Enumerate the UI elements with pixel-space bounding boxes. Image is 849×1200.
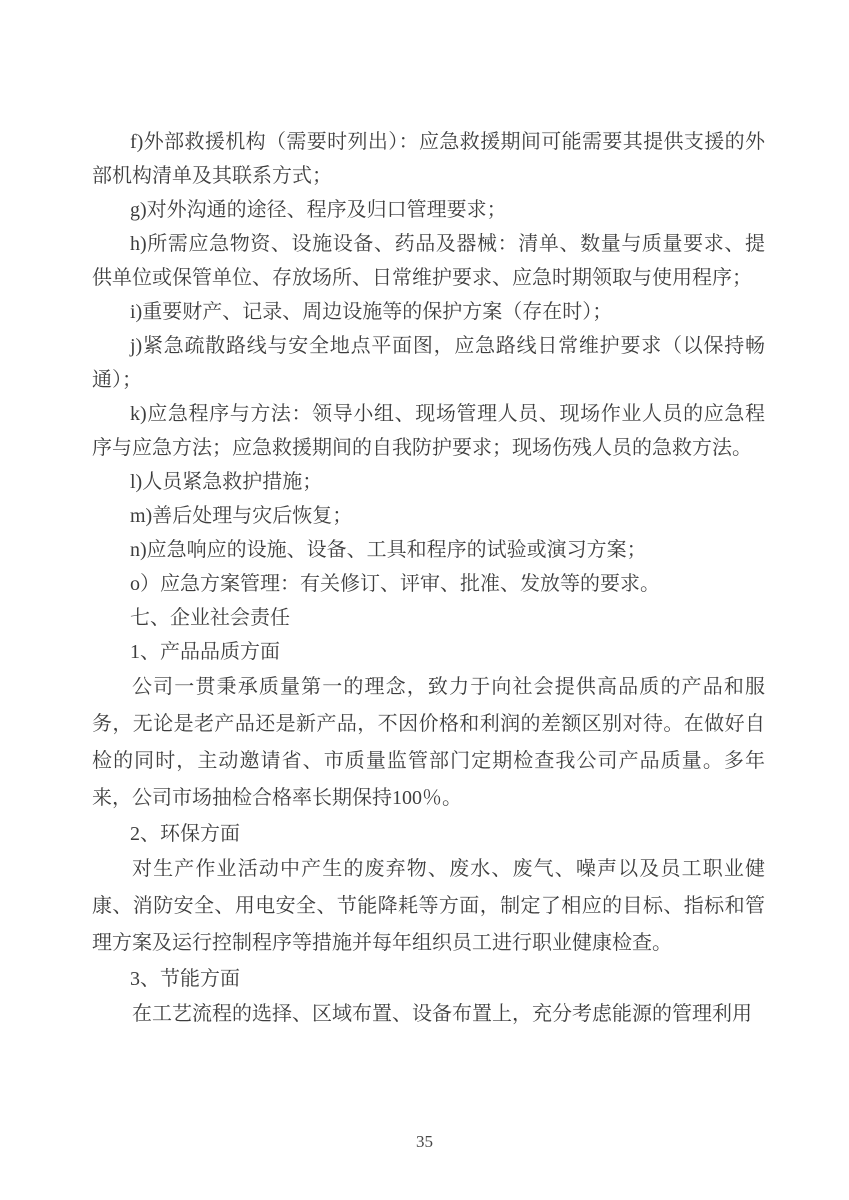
subsection-heading-energy-saving: 3、节能方面 — [92, 962, 765, 996]
list-item-j: j)紧急疏散路线与安全地点平面图，应急路线日常维护要求（以保持畅通）； — [92, 329, 765, 397]
page-content: f)外部救援机构（需要时列出）：应急救援期间可能需要其提供支援的外部机构清单及其… — [92, 125, 765, 1033]
subsection-heading-environment: 2、环保方面 — [92, 817, 765, 851]
list-item-m: m)善后处理与灾后恢复； — [92, 499, 765, 533]
list-item-n: n)应急响应的设施、设备、工具和程序的试验或演习方案； — [92, 533, 765, 567]
paragraph-energy-saving: 在工艺流程的选择、区域布置、设备布置上，充分考虑能源的管理利用 — [92, 996, 765, 1033]
list-item-f: f)外部救援机构（需要时列出）：应急救援期间可能需要其提供支援的外部机构清单及其… — [92, 125, 765, 193]
list-item-h: h)所需应急物资、设施设备、药品及器械：清单、数量与质量要求、提供单位或保管单位… — [92, 227, 765, 295]
paragraph-product-quality: 公司一贯秉承质量第一的理念，致力于向社会提供高品质的产品和服务，无论是老产品还是… — [92, 669, 765, 817]
list-item-g: g)对外沟通的途径、程序及归口管理要求； — [92, 193, 765, 227]
section-heading-csr: 七、企业社会责任 — [92, 601, 765, 635]
subsection-heading-product-quality: 1、产品品质方面 — [92, 635, 765, 669]
list-item-k: k)应急程序与方法：领导小组、现场管理人员、现场作业人员的应急程序与应急方法；应… — [92, 397, 765, 465]
document-page: f)外部救援机构（需要时列出）：应急救援期间可能需要其提供支援的外部机构清单及其… — [0, 0, 849, 1200]
list-item-o: o）应急方案管理：有关修订、评审、批准、发放等的要求。 — [92, 567, 765, 601]
list-item-i: i)重要财产、记录、周边设施等的保护方案（存在时）； — [92, 295, 765, 329]
page-number: 35 — [0, 1132, 849, 1152]
list-item-l: l)人员紧急救护措施； — [92, 465, 765, 499]
paragraph-environment: 对生产作业活动中产生的废弃物、废水、废气、噪声以及员工职业健康、消防安全、用电安… — [92, 851, 765, 962]
